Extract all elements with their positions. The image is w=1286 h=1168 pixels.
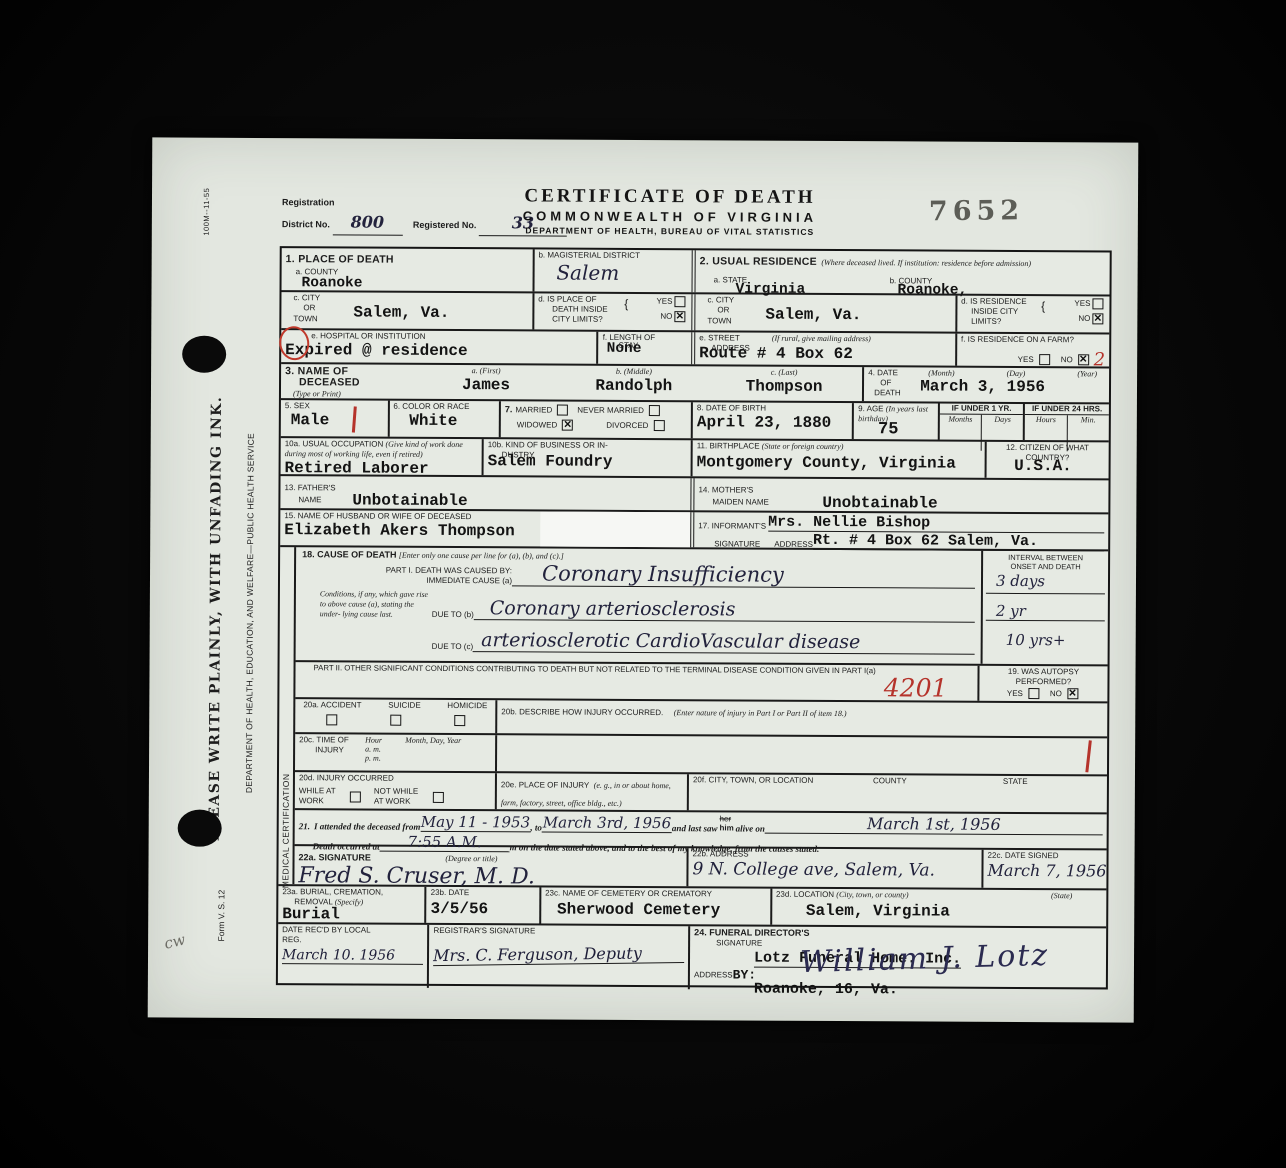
conditions-note: Conditions, if any, which gave rise to a…: [302, 589, 432, 652]
s2-street-value: Route # 4 Box 62: [699, 344, 951, 363]
medical-certification-section: MEDICAL CERTIFICATION 18. CAUSE OF DEATH…: [278, 545, 1108, 888]
field-20f-location: 20f. CITY, TOWN, OR LOCATION COUNTY STAT…: [687, 774, 1107, 812]
field-3b-middle-name: b. (Middle) Randolph: [562, 366, 706, 401]
field-18-interval: INTERVAL BETWEEN ONSET AND DEATH 3 days …: [981, 551, 1109, 665]
checkbox-2d-yes: [1092, 298, 1103, 309]
margin-department: DEPARTMENT OF HEALTH, EDUCATION, AND WEL…: [244, 433, 256, 793]
field-20d-injury-occurred: 20d. INJURY OCCURRED WHILE AT WORK NOT W…: [295, 772, 495, 809]
mother-name-value: Unobtainable: [822, 494, 937, 513]
field-23c-cemetery: 23c. NAME OF CEMETERY OR CREMATORY Sherw…: [539, 887, 770, 924]
physician-address-value: 9 N. College ave, Salem, Va.: [692, 859, 977, 880]
field-18-cause-of-death: 18. CAUSE OF DEATH [Enter only one cause…: [296, 547, 982, 664]
funeral-by-label: BY:: [733, 968, 756, 983]
header: Registration District No. 800 Registered…: [280, 184, 1112, 250]
cause-b-value: Coronary arteriosclerosis: [474, 597, 975, 623]
funeral-city-value: Roanoke, 16, Va.: [754, 981, 1102, 1000]
checkbox-2f-no: ✕: [1078, 354, 1089, 365]
s2-inside-label2: INSIDE CITY: [961, 307, 1018, 316]
s1-stay-value: None: [607, 341, 688, 357]
field-2e-street-address: e. STREET (If rural, give mailing addres…: [691, 332, 955, 365]
s1-county-value: Roanoke: [302, 275, 529, 292]
s2-street-note: (If rural, give mailing address): [772, 334, 871, 344]
s2-farm-label: f. IS RESIDENCE ON A FARM?: [961, 335, 1105, 346]
date-of-birth-value: April 23, 1880: [697, 413, 848, 432]
certificate-paper: 100M--11-55 PLEASE WRITE PLAINLY, WITH U…: [148, 137, 1139, 1022]
field-15-spouse: 15. NAME OF HUSBAND OR WIFE OF DECEASED …: [280, 510, 690, 547]
certificate-title: CERTIFICATE OF DEATH: [450, 185, 890, 209]
burial-date-value: 3/5/56: [431, 900, 536, 919]
last-seen-value: March 1st, 1956: [765, 814, 1103, 836]
field-4-date-of-death: 4. DATE OF DEATH (Month) (Day) (Year) Ma…: [862, 367, 1109, 402]
field-6-color-or-race: 6. COLOR OR RACE White: [387, 401, 499, 438]
type-or-print-note: (Type or Print): [293, 389, 406, 399]
checkbox-suicide: [390, 715, 401, 726]
checkbox-widowed: ✕: [562, 420, 573, 431]
field-registrar-signature: REGISTRAR'S SIGNATURE Mrs. C. Ferguson, …: [427, 925, 688, 989]
checkbox-never-married: [649, 405, 660, 416]
checkbox-1d-no: ✕: [674, 311, 685, 322]
field-22c-date-signed: 22c. DATE SIGNED March 7, 1956: [981, 850, 1106, 889]
first-name-value: James: [414, 376, 557, 395]
field-2c-city: c. CITY OR TOWN Salem, Va.: [691, 294, 955, 331]
checkbox-homicide: [454, 715, 465, 726]
checkbox-1d-yes: [674, 296, 685, 307]
field-20c-time-of-injury: 20c. TIME OFINJURY Houra. m.p. m. Month,…: [295, 734, 495, 771]
red-code-4201: 4201: [884, 673, 948, 702]
date-received-value: March 10. 1956: [282, 947, 423, 965]
s1-hospital-value: Expired @ residence: [285, 341, 593, 361]
field-date-received: DATE REC'D BY LOCALREG. March 10. 1956: [278, 924, 428, 988]
field-1d-inside-city-limits: d. IS PLACE OF DEATH INSIDE CITY LIMITS?…: [532, 293, 691, 330]
cause-c-value: arteriosclerotic CardioVascular disease: [473, 629, 975, 655]
field-24-funeral-director: 24. FUNERAL DIRECTOR'SSIGNATURE Lotz Fun…: [688, 926, 1106, 991]
field-13-father-name: 13. FATHER'S NAME Unbotainable: [280, 476, 690, 510]
s1-city-value: Salem, Va.: [353, 303, 449, 328]
field-23a-burial: 23a. BURIAL, CREMATION, REMOVAL (Specify…: [278, 886, 424, 923]
field-10a-occupation: 10a. USUAL OCCUPATION (Give kind of work…: [281, 438, 482, 475]
s2-inside-label: d. IS RESIDENCE: [961, 297, 1026, 306]
last-name-value: Thompson: [710, 377, 858, 396]
field-22b-address: 22b. ADDRESS 9 N. College ave, Salem, Va…: [686, 848, 981, 888]
field-17-informant: 17. INFORMANT'S Mrs. Nellie Bishop SIGNA…: [690, 512, 1108, 549]
red-mark-2: 2: [1094, 349, 1106, 370]
field-23d-location: 23d. LOCATION (City, town, or county) (S…: [770, 889, 1107, 927]
field-5-sex: 5. SEX Male: [281, 400, 388, 437]
s2-street-label: e. STREET: [699, 333, 739, 342]
field-20b-describe-injury: 20b. DESCRIBE HOW INJURY OCCURRED. (Ente…: [495, 700, 1107, 736]
cemetery-value: Sherwood Cemetery: [557, 901, 766, 920]
sex-value: Male: [291, 411, 384, 429]
burial-location-value: Salem, Virginia: [806, 902, 1102, 922]
s2-title-note: (Where deceased lived. If institution: r…: [821, 258, 1031, 268]
field-22a-signature: 22a. SIGNATURE (Degree or title) Fred S.…: [294, 846, 686, 886]
s2-city-label: c. CITY: [707, 295, 734, 304]
field-3-name-label: 3. NAME OF DECEASED (Type or Print): [281, 364, 411, 399]
print-code: 100M--11-55: [202, 188, 211, 236]
s2-or-label: OR: [707, 306, 729, 315]
field-9-under-24hrs: IF UNDER 24 HRS. Hours Min.: [1023, 404, 1109, 440]
checkbox-autopsy-no: ✕: [1067, 688, 1078, 699]
field-9-age: 9. AGE (In years last birthday) 75: [852, 403, 938, 439]
date-signed-value: March 7, 1956: [987, 861, 1102, 881]
middle-name-value: Randolph: [566, 377, 702, 396]
corner-pencil-mark: cw: [162, 930, 187, 953]
funeral-director-signature: William J. Lotz: [800, 938, 1050, 980]
field-14-mother-name: 14. MOTHER'S MAIDEN NAME Unobtainable: [690, 478, 1108, 512]
field-20a-manner: 20a. ACCIDENT SUICIDE HOMICIDE: [295, 699, 495, 733]
attended-from-value: May 11 - 1953: [420, 813, 530, 833]
checkbox-accident: [326, 714, 337, 725]
industry-value: Salem Foundry: [488, 452, 687, 471]
s1-yes-label: YES: [656, 297, 672, 306]
checkbox-married: [557, 405, 568, 416]
hole-punch-bottom: [178, 810, 222, 847]
checkbox-autopsy-yes: [1028, 688, 1039, 699]
interval-b: 2 yr: [986, 594, 1105, 622]
s2-yes-label: YES: [1074, 299, 1090, 308]
checkbox-2d-no: ✕: [1092, 313, 1103, 324]
field-2f-farm: f. IS RESIDENCE ON A FARM? YES NO✕ 2: [955, 334, 1109, 367]
s2-town-label: TOWN: [707, 316, 731, 325]
scan-background: 100M--11-55 PLEASE WRITE PLAINLY, WITH U…: [0, 0, 1286, 1168]
informant-address-value: Rt. # 4 Box 62 Salem, Va.: [813, 532, 1104, 552]
s1-no-label: NO: [660, 312, 672, 321]
age-value: 75: [878, 420, 934, 439]
field-23b-burial-date: 23b. DATE 3/5/56: [424, 887, 539, 924]
checkbox-2f-yes: [1039, 354, 1050, 365]
s1-inside-label2: DEATH INSIDE: [538, 304, 607, 313]
white-patch: [540, 511, 690, 547]
field-1a-county: 1. PLACE OF DEATH a. COUNTY Roanoke: [282, 248, 533, 291]
field-1e-hospital: e. HOSPITAL OR INSTITUTION Expired @ res…: [281, 330, 597, 364]
s2-title: 2. USUAL RESIDENCE: [700, 255, 817, 268]
birthplace-value: Montgomery County, Virginia: [697, 453, 981, 472]
registrar-signature-value: Mrs. C. Ferguson, Deputy: [433, 943, 684, 966]
commonwealth-subtitle: COMMONWEALTH OF VIRGINIA: [450, 208, 890, 225]
field-2-usual-residence: 2. USUAL RESIDENCE (Where deceased lived…: [692, 250, 1110, 294]
field-3c-last-name: c. (Last) Thompson: [706, 366, 862, 401]
field-20c-empty-area: [495, 735, 1107, 774]
field-19-autopsy: 19. WAS AUTOPSYPERFORMED? YES NO✕: [977, 666, 1107, 702]
field-2d-inside-city-limits: d. IS RESIDENCE INSIDE CITY LIMITS? { YE…: [955, 296, 1109, 333]
s1-town-label: TOWN: [293, 314, 317, 323]
s2-no-label: NO: [1078, 314, 1090, 323]
form-number: Form V. S. 12: [216, 890, 226, 942]
field-10b-industry: 10b. KIND OF BUSINESS OR IN-DUSTRY Salem…: [482, 439, 691, 476]
checkbox-not-while-at-work: [433, 791, 444, 802]
informant-signature-value: Mrs. Nellie Bishop: [768, 514, 1104, 534]
burial-value: Burial: [282, 905, 420, 924]
s1-or-label: OR: [293, 304, 315, 313]
field-1b-magisterial-district: b. MAGISTERIAL DISTRICT Salem: [532, 249, 691, 292]
s1-inside-label: d. IS PLACE OF: [538, 294, 596, 303]
field-7-marital-status: 7. MARRIED NEVER MARRIED WIDOWED✕ DIVORC…: [499, 401, 691, 438]
race-value: White: [409, 412, 495, 430]
district-number: 800: [332, 210, 402, 235]
title-block: CERTIFICATE OF DEATH COMMONWEALTH OF VIR…: [450, 185, 890, 237]
field-part2: PART II. OTHER SIGNIFICANT CONDITIONS CO…: [295, 662, 977, 701]
field-21-attended: 21. I attended the deceased from May 11 …: [295, 810, 1107, 848]
field-11-birthplace: 11. BIRTHPLACE (State or foreign country…: [691, 440, 985, 478]
citizen-value: U.S.A.: [1014, 457, 1105, 475]
s1-city-label: c. CITY: [293, 293, 320, 302]
occupation-value: Retired Laborer: [285, 459, 478, 478]
field-9-under-1yr: IF UNDER 1 YR. Months Days: [938, 404, 1024, 440]
attended-to-value: March 3rd, 1956: [542, 813, 672, 833]
hole-punch-top: [182, 336, 226, 373]
certificate-stamp-number: 7652: [929, 195, 1025, 227]
s1-title: 1. PLACE OF DEATH: [286, 253, 394, 266]
medical-certification-band: MEDICAL CERTIFICATION: [278, 547, 296, 884]
interval-a: 3 days: [986, 572, 1105, 595]
s2-city-value: Salem, Va.: [765, 306, 861, 331]
district-label: District No.: [282, 219, 330, 229]
interval-c: 10 yrs+: [986, 621, 1105, 652]
field-3a-first-name: a. (First) James: [410, 365, 561, 400]
s1-inside-label3: CITY LIMITS?: [538, 314, 603, 323]
field-1f-length-of-stay: f. LENGTH OF STAY None: [597, 332, 692, 364]
field-1c-city: c. CITY OR TOWN Salem, Va.: [281, 292, 532, 329]
field-12-citizen: 12. CITIZEN OF WHATCOUNTRY? U.S.A.: [984, 442, 1109, 479]
field-20e-place-of-injury: 20e. PLACE OF INJURY (e. g., in or about…: [495, 773, 687, 810]
s1-district-value: Salem: [556, 261, 687, 286]
field-8-date-of-birth: 8. DATE OF BIRTH April 23, 1880: [691, 402, 852, 439]
date-of-death-value: March 3, 1956: [920, 377, 1105, 396]
s2-inside-label3: LIMITS?: [961, 317, 1001, 326]
checkbox-divorced: [653, 420, 664, 431]
write-plainly-note: PLEASE WRITE PLAINLY, WITH UNFADING INK.: [207, 396, 225, 841]
registration-label: Registration: [282, 197, 335, 207]
certificate-form: 1. PLACE OF DEATH a. COUNTY Roanoke b. M…: [276, 246, 1112, 989]
father-name-value: Unbotainable: [352, 491, 467, 510]
red-slash-mark: [1085, 740, 1091, 772]
checkbox-while-at-work: [350, 791, 361, 802]
cause-a-value: Coronary Insufficiency: [512, 562, 975, 589]
